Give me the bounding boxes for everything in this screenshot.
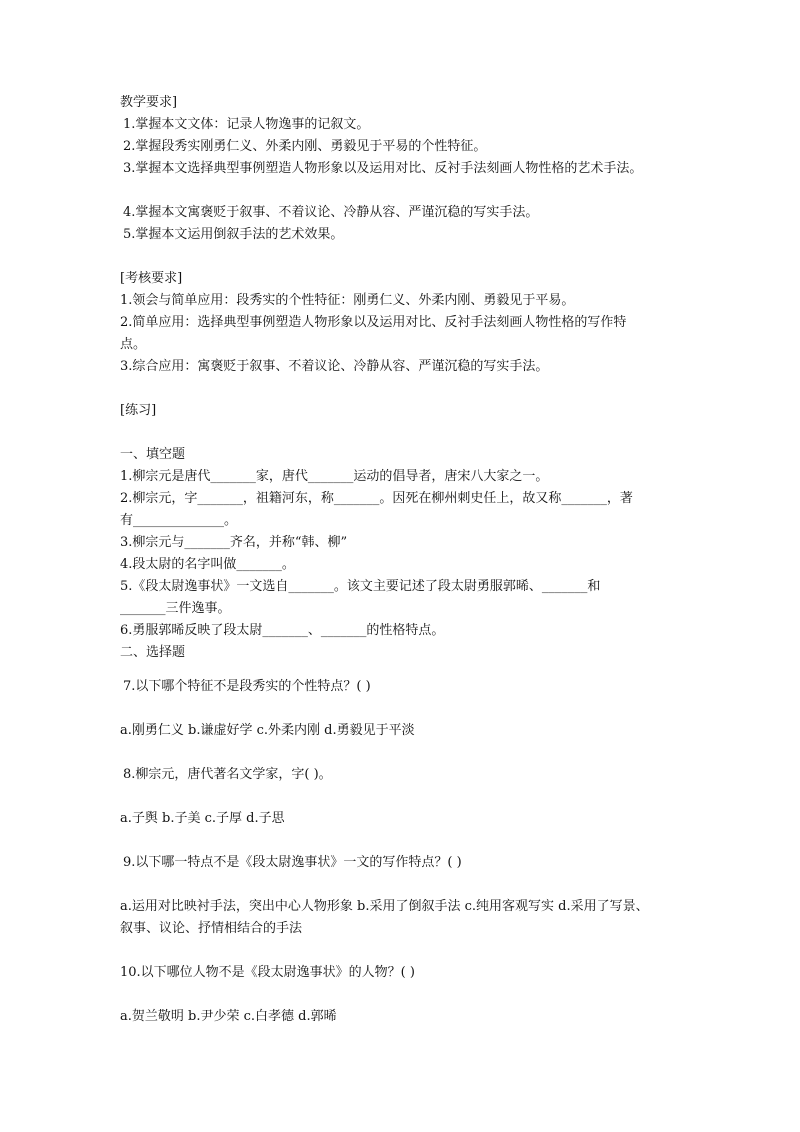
exercises-heading: [练习] [120, 400, 690, 422]
teaching-item: 2.掌握段秀实刚勇仁义、外柔内刚、勇毅见于平易的个性特征。 [120, 136, 690, 158]
teaching-item: 1.掌握本文文体：记录人物逸事的记叙文。 [120, 114, 690, 136]
assessment-heading: [考核要求] [120, 268, 690, 290]
fill-blank-line: 5.《段太尉逸事状》一文选自_______。该文主要记述了段太尉勇服郭晞、___… [120, 576, 690, 598]
teaching-item: 4.掌握本文寓褒贬于叙事、不着议论、冷静从容、严谨沉稳的写实手法。 [120, 202, 690, 224]
question-options: 叙事、议论、抒情相结合的手法 [120, 918, 690, 940]
question-options: a.贺兰敬明 b.尹少荣 c.白孝德 d.郭晞 [120, 1006, 690, 1028]
assessment-item: 点。 [120, 334, 690, 356]
fill-blank-line: 3.柳宗元与_______齐名，并称“韩、柳” [120, 532, 690, 554]
fill-blank-line: 6.勇服郭晞反映了段太尉_______、_______的性格特点。 [120, 620, 690, 642]
fill-blank-line: 2.柳宗元，字_______，祖籍河东，称_______。因死在柳州刺史任上，故… [120, 488, 690, 510]
fill-blank-heading: 一、填空题 [120, 444, 690, 466]
document-page: 教学要求] 1.掌握本文文体：记录人物逸事的记叙文。 2.掌握段秀实刚勇仁义、外… [120, 92, 690, 1028]
question: 7.以下哪个特征不是段秀实的个性特点？( ) [120, 676, 690, 698]
fill-blank-line: 4.段太尉的名字叫做_______。 [120, 554, 690, 576]
fill-blank-line: 有______________。 [120, 510, 690, 532]
teaching-item: 5.掌握本文运用倒叙手法的艺术效果。 [120, 224, 690, 246]
question: 10.以下哪位人物不是《段太尉逸事状》的人物？( ) [120, 962, 690, 984]
question: 8.柳宗元，唐代著名文学家，字( )。 [120, 764, 690, 786]
multiple-choice-heading: 二、选择题 [120, 642, 690, 664]
assessment-item: 2.简单应用：选择典型事例塑造人物形象以及运用对比、反衬手法刻画人物性格的写作特 [120, 312, 690, 334]
question: 9.以下哪一特点不是《段太尉逸事状》一文的写作特点？( ) [120, 852, 690, 874]
teaching-item: 3.掌握本文选择典型事例塑造人物形象以及运用对比、反衬手法刻画人物性格的艺术手法… [120, 158, 690, 180]
fill-blank-line: _______三件逸事。 [120, 598, 690, 620]
assessment-item: 3.综合应用：寓褒贬于叙事、不着议论、冷静从容、严谨沉稳的写实手法。 [120, 356, 690, 378]
question-options: a.刚勇仁义 b.谦虚好学 c.外柔内刚 d.勇毅见于平淡 [120, 720, 690, 742]
assessment-item: 1.领会与简单应用：段秀实的个性特征：刚勇仁义、外柔内刚、勇毅见于平易。 [120, 290, 690, 312]
fill-blank-line: 1.柳宗元是唐代_______家，唐代_______运动的倡导者，唐宋八大家之一… [120, 466, 690, 488]
teaching-requirements-heading: 教学要求] [120, 92, 690, 114]
question-options: a.子舆 b.子美 c.子厚 d.子思 [120, 808, 690, 830]
question-options: a.运用对比映衬手法，突出中心人物形象 b.采用了倒叙手法 c.纯用客观写实 d… [120, 896, 690, 918]
